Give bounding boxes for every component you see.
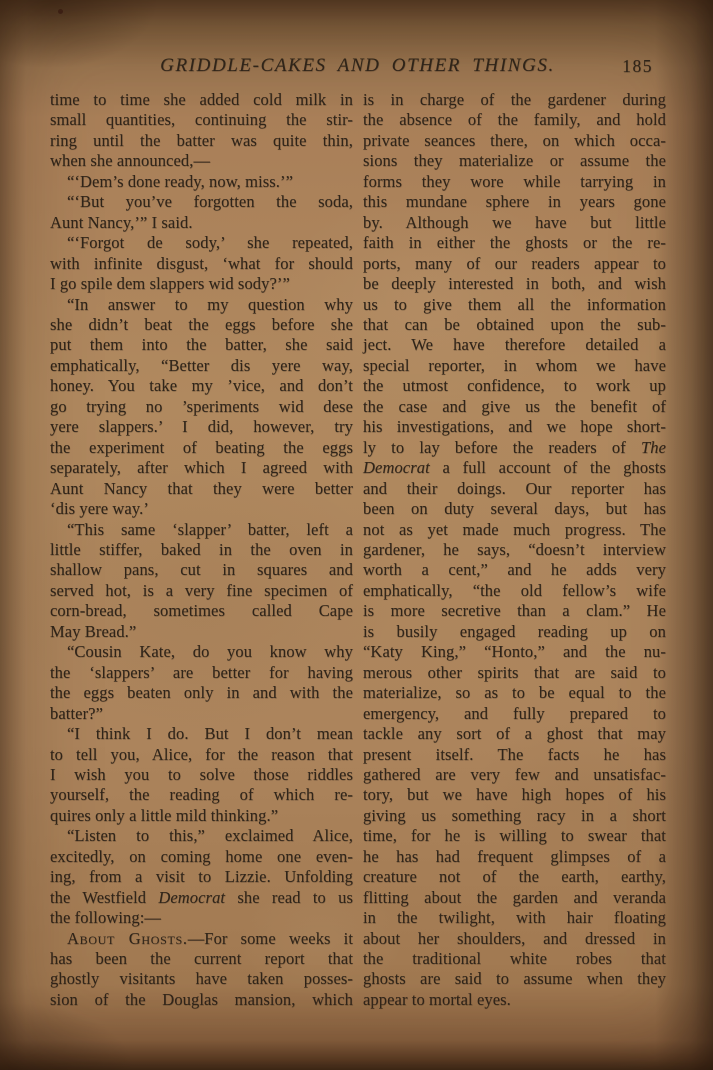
text-line: faith in either the ghosts or the re-: [363, 233, 666, 253]
text-line: ject. We have therefore detailed a: [363, 335, 666, 355]
text-line: creature not of the earth, earthy,: [363, 867, 666, 887]
text-line: forms they wore while tarrying in: [363, 172, 666, 192]
text-line: the traditional white robes that: [363, 949, 666, 969]
text-line: by. Although we have but little: [363, 213, 666, 233]
text-line: be deeply interested in both, and wish: [363, 274, 666, 294]
text-line: emergency, and fully prepared to: [363, 704, 666, 724]
text-line: ly to lay before the readers of The: [363, 438, 666, 458]
text-line: has been the current report that: [50, 949, 353, 969]
text-line: “‘Forgot de sody,’ she repeated,: [50, 233, 353, 253]
text-line: is in charge of the gardener during: [363, 90, 666, 110]
ink-speck: [58, 9, 63, 14]
text-line: that can be obtained upon the sub-: [363, 315, 666, 335]
text-line: the eggs beaten only in and with the: [50, 683, 353, 703]
text-line: special reporter, in whom we have: [363, 356, 666, 376]
text-columns: time to time she added cold milk insmall…: [50, 90, 666, 1010]
text-line: giving us something racy in a short: [363, 806, 666, 826]
text-line: served hot, is a very fine specimen of: [50, 581, 353, 601]
text-line: go trying no ’speriments wid dese: [50, 397, 353, 417]
text-line: quires only a little mild thinking.”: [50, 806, 353, 826]
text-line: is more secretive than a clam.” He: [363, 601, 666, 621]
text-line: ghosts are said to assume when they: [363, 969, 666, 989]
text-line: merous other spirits that are said to: [363, 663, 666, 683]
text-line: “‘But you’ve forgotten the soda,: [50, 192, 353, 212]
text-line: the ‘slappers’ are better for having: [50, 663, 353, 683]
text-line: he has had frequent glimpses of a: [363, 847, 666, 867]
text-line: this mundane sphere in years gone: [363, 192, 666, 212]
text-line: is busily engaged reading up on: [363, 622, 666, 642]
text-line: been on duty several days, but has: [363, 499, 666, 519]
text-line: appear to mortal eyes.: [363, 990, 666, 1010]
text-line: not as yet made much progress. The: [363, 520, 666, 540]
text-line: “Cousin Kate, do you know why: [50, 642, 353, 662]
text-line: the utmost confidence, to work up: [363, 376, 666, 396]
text-line: time to time she added cold milk in: [50, 90, 353, 110]
text-line: the Westfield Democrat she read to us: [50, 888, 353, 908]
text-line: corn-bread, sometimes called Cape: [50, 601, 353, 621]
text-line: gardener, he says, “doesn’t interview: [363, 540, 666, 560]
text-line: sion of the Douglas mansion, which: [50, 990, 353, 1010]
text-line: “‘Dem’s done ready, now, miss.’”: [50, 172, 353, 192]
text-line: separately, after which I agreed with: [50, 458, 353, 478]
running-header-title: GRIDDLE-CAKES AND OTHER THINGS.: [50, 55, 665, 77]
page-number: 185: [622, 56, 653, 77]
text-line: the case and give us the benefit of: [363, 397, 666, 417]
text-line: “Katy King,” “Honto,” and the nu-: [363, 642, 666, 662]
text-line: ing, from a visit to Lizzie. Unfolding: [50, 867, 353, 887]
text-line: the following:—: [50, 908, 353, 928]
text-line: excitedly, on coming home one even-: [50, 847, 353, 867]
text-line: emphatically, “the old fellow’s wife: [363, 581, 666, 601]
text-line: us to give them all the information: [363, 295, 666, 315]
text-line: honey. You take my ’vice, and don’t: [50, 376, 353, 396]
text-line: “In answer to my question why: [50, 295, 353, 315]
text-line: ghostly visitants have taken posses-: [50, 969, 353, 989]
text-line: materialize, so as to be equal to the: [363, 683, 666, 703]
text-line: About Ghosts.—For some weeks it: [50, 929, 353, 949]
text-line: I wish you to solve those riddles: [50, 765, 353, 785]
text-line: small quantities, continuing the stir-: [50, 110, 353, 130]
text-line: Aunt Nancy,’” I said.: [50, 213, 353, 233]
text-line: “This same ‘slapper’ batter, left a: [50, 520, 353, 540]
text-line: flitting about the garden and veranda: [363, 888, 666, 908]
text-line: ports, many of our readers appear to: [363, 254, 666, 274]
text-line: present itself. The facts he has: [363, 745, 666, 765]
text-line: in the twilight, with hair floating: [363, 908, 666, 928]
text-line: private seances there, on which occa-: [363, 131, 666, 151]
text-line: worth a cent,” and he adds very: [363, 560, 666, 580]
text-line: about her shoulders, and dressed in: [363, 929, 666, 949]
text-line: ring until the batter was quite thin,: [50, 131, 353, 151]
text-line: time, for he is willing to swear that: [363, 826, 666, 846]
text-line: little stiffer, baked in the oven in: [50, 540, 353, 560]
text-line: yourself, the reading of which re-: [50, 785, 353, 805]
text-line: emphatically, “Better dis yere way,: [50, 356, 353, 376]
text-line: Aunt Nancy that they were better: [50, 479, 353, 499]
text-line: ‘dis yere way.’: [50, 499, 353, 519]
text-line: tory, but we have high hopes of his: [363, 785, 666, 805]
text-line: with infinite disgust, ‘what for should: [50, 254, 353, 274]
text-line: the experiment of beating the eggs: [50, 438, 353, 458]
text-line: his investigations, and we hope short-: [363, 417, 666, 437]
text-line: the absence of the family, and hold: [363, 110, 666, 130]
text-line: batter?”: [50, 704, 353, 724]
text-line: Democrat a full account of the ghosts: [363, 458, 666, 478]
text-line: May Bread.”: [50, 622, 353, 642]
text-line: put them into the batter, she said: [50, 335, 353, 355]
text-line: and their doings. Our reporter has: [363, 479, 666, 499]
text-line: she didn’t beat the eggs before she: [50, 315, 353, 335]
text-line: sions they materialize or assume the: [363, 151, 666, 171]
text-line: yere slappers.’ I did, however, try: [50, 417, 353, 437]
left-column: time to time she added cold milk insmall…: [50, 90, 353, 1010]
right-column: is in charge of the gardener duringthe a…: [363, 90, 666, 1010]
text-line: tackle any sort of a ghost that may: [363, 724, 666, 744]
text-line: to tell you, Alice, for the reason that: [50, 745, 353, 765]
text-line: shallow pans, cut in squares and: [50, 560, 353, 580]
text-line: gathered are very few and unsatisfac-: [363, 765, 666, 785]
text-line: when she announced,—: [50, 151, 353, 171]
text-line: “Listen to this,” exclaimed Alice,: [50, 826, 353, 846]
running-header: GRIDDLE-CAKES AND OTHER THINGS. 185: [50, 55, 665, 81]
book-page-scan: GRIDDLE-CAKES AND OTHER THINGS. 185 time…: [0, 0, 713, 1070]
text-line: “I think I do. But I don’t mean: [50, 724, 353, 744]
text-line: I go spile dem slappers wid sody?’”: [50, 274, 353, 294]
